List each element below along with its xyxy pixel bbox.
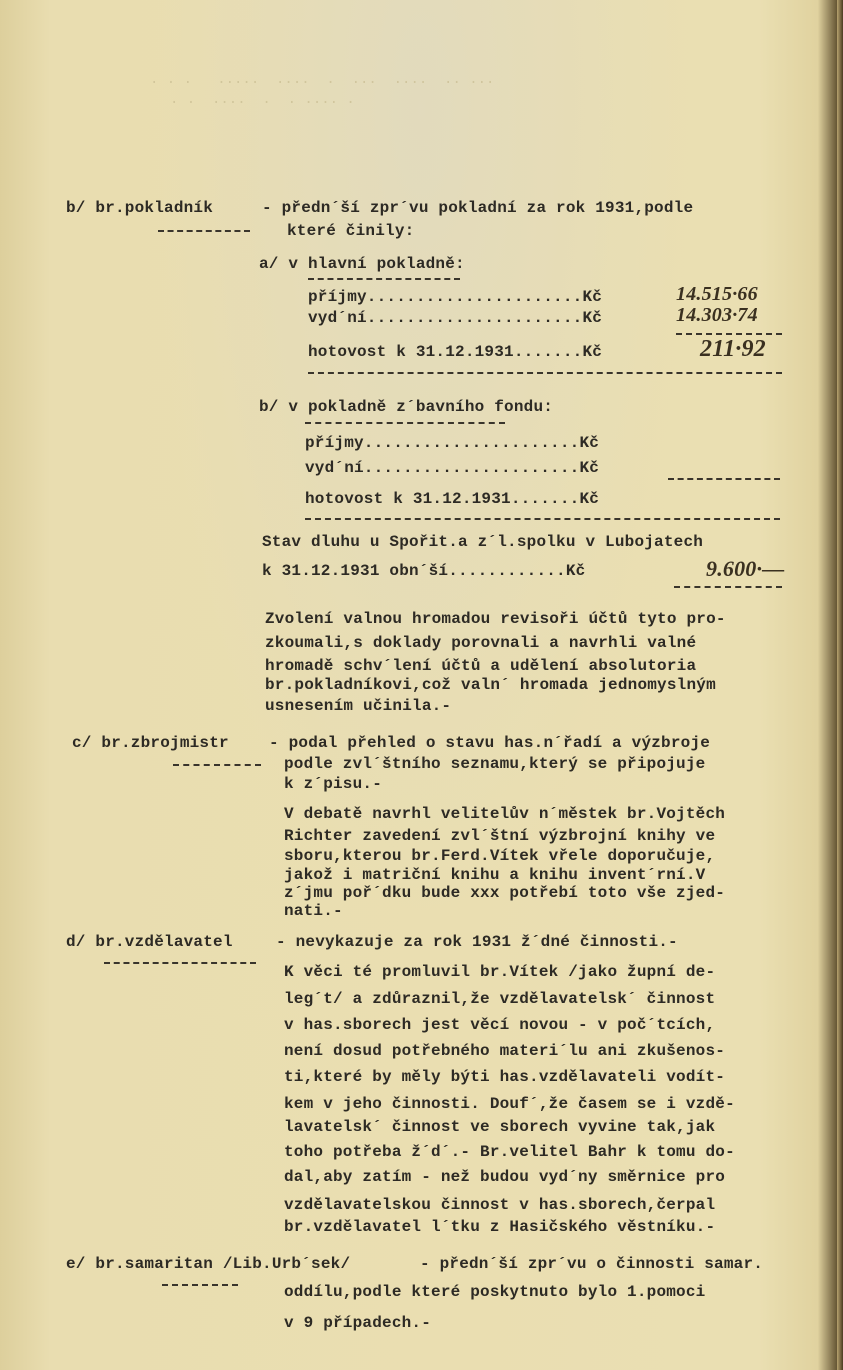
main-cash-title: a/ v hlavní pokladně:: [259, 255, 465, 273]
section-e-line: v 9 případech.-: [284, 1314, 431, 1332]
fund-income-label: příjmy......................Kč: [305, 434, 599, 452]
audit-line: usnesením učinila.-: [265, 697, 451, 715]
underline: [173, 764, 261, 766]
main-income-label: příjmy......................Kč: [308, 288, 602, 306]
section-d-line: dal,aby zatím - než budou vyd´ny směrnic…: [284, 1168, 725, 1186]
section-c-line: k z´pisu.-: [284, 775, 382, 793]
debate-line: sboru,kterou br.Ferd.Vítek vřele doporuč…: [284, 847, 715, 865]
underline: [668, 478, 780, 480]
section-e-line1: - předn´ší zpr´vu o činnosti samar.: [420, 1255, 763, 1273]
section-d-label: d/ br.vzdělavatel: [66, 933, 233, 951]
main-income-value: 14.515·66: [676, 283, 758, 306]
section-b-label: b/ br.pokladník: [66, 199, 213, 217]
section-d-line: kem v jeho činnosti. Douf´,že časem se i…: [284, 1095, 735, 1113]
debate-line: nati.-: [284, 902, 343, 920]
underline: [104, 962, 256, 964]
audit-line: zkoumali,s doklady porovnali a navrhli v…: [265, 634, 696, 652]
audit-line: hromadě schv´lení účtů a udělení absolut…: [265, 657, 696, 675]
bleed-through-text: · · ···· · · ···· ·: [170, 95, 355, 111]
debate-line: Richter zavedení zvl´štní výzbrojní knih…: [284, 827, 715, 845]
debate-line: V debatě navrhl velitelův n´městek br.Vo…: [284, 805, 725, 823]
debt-value: 9.600·—: [706, 556, 784, 582]
fund-expense-label: vyd´ní......................Kč: [305, 459, 599, 477]
section-e-line: oddílu,podle které poskytnuto bylo 1.pom…: [284, 1283, 705, 1301]
debt-line1: Stav dluhu u Spořit.a z´l.spolku v Luboj…: [262, 533, 703, 551]
section-d-line: K věci té promluvil br.Vítek /jako župní…: [284, 963, 715, 981]
section-e-label: e/ br.samaritan /Lib.Urb´sek/: [66, 1255, 350, 1273]
section-d-line: vzdělavatelskou činnost v has.sborech,če…: [284, 1196, 715, 1214]
underline: [162, 1284, 238, 1286]
underline: [305, 422, 505, 424]
underline: [676, 333, 782, 335]
fund-title: b/ v pokladně z´bavního fondu:: [259, 398, 553, 416]
main-expense-value: 14.303·74: [676, 304, 758, 327]
section-c-line: podle zvl´štního seznamu,který se připoj…: [284, 755, 705, 773]
main-cash-value: 211·92: [700, 336, 766, 363]
debate-line: z´jmu poř´dku bude xxx potřebí toto vše …: [284, 884, 725, 902]
fund-cash-label: hotovost k 31.12.1931.......Kč: [305, 490, 599, 508]
underline: [674, 586, 782, 588]
section-d-line: leg´t/ a zdůraznil,že vzdělavatelsk´ čin…: [284, 990, 715, 1008]
underline: [305, 518, 780, 520]
section-b-line2: které činily:: [287, 222, 414, 240]
section-c-line: - podal přehled o stavu has.n´řadí a výz…: [269, 734, 710, 752]
underline: [308, 278, 460, 280]
underline: [158, 230, 250, 232]
audit-line: Zvolení valnou hromadou revisoři účtů ty…: [265, 610, 726, 628]
section-d-line: v has.sborech jest věcí novou - v poč´tc…: [284, 1016, 715, 1034]
main-cash-label: hotovost k 31.12.1931.......Kč: [308, 343, 602, 361]
section-d-line: br.vzdělavatel l´tku z Hasičského věstní…: [284, 1218, 715, 1236]
main-expense-label: vyd´ní......................Kč: [308, 309, 602, 327]
section-d-line: toho potřeba ž´d´.- Br.velitel Bahr k to…: [284, 1143, 735, 1161]
section-c-label: c/ br.zbrojmistr: [72, 734, 229, 752]
debate-line: jakož i matriční knihu a knihu invent´rn…: [284, 866, 705, 884]
section-d-line: lavatelsk´ činnost ve sborech vyvine tak…: [284, 1118, 715, 1136]
section-d-line: není dosud potřebného materi´lu ani zkuš…: [284, 1042, 725, 1060]
audit-line: br.pokladníkovi,což valn´ hromada jednom…: [265, 676, 716, 694]
section-d-line1: - nevykazuje za rok 1931 ž´dné činnosti.…: [276, 933, 678, 951]
underline: [308, 372, 782, 374]
debt-line2: k 31.12.1931 obn´ší............Kč: [262, 562, 585, 580]
section-d-line: ti,které by měly býti has.vzdělavateli v…: [284, 1068, 725, 1086]
section-b-line1: - předn´ší zpr´vu pokladní za rok 1931,p…: [262, 199, 693, 217]
bleed-through-text: · · · ····· ···· · ··· ···· ·· ···: [150, 75, 494, 91]
page-edge: [837, 0, 843, 1370]
